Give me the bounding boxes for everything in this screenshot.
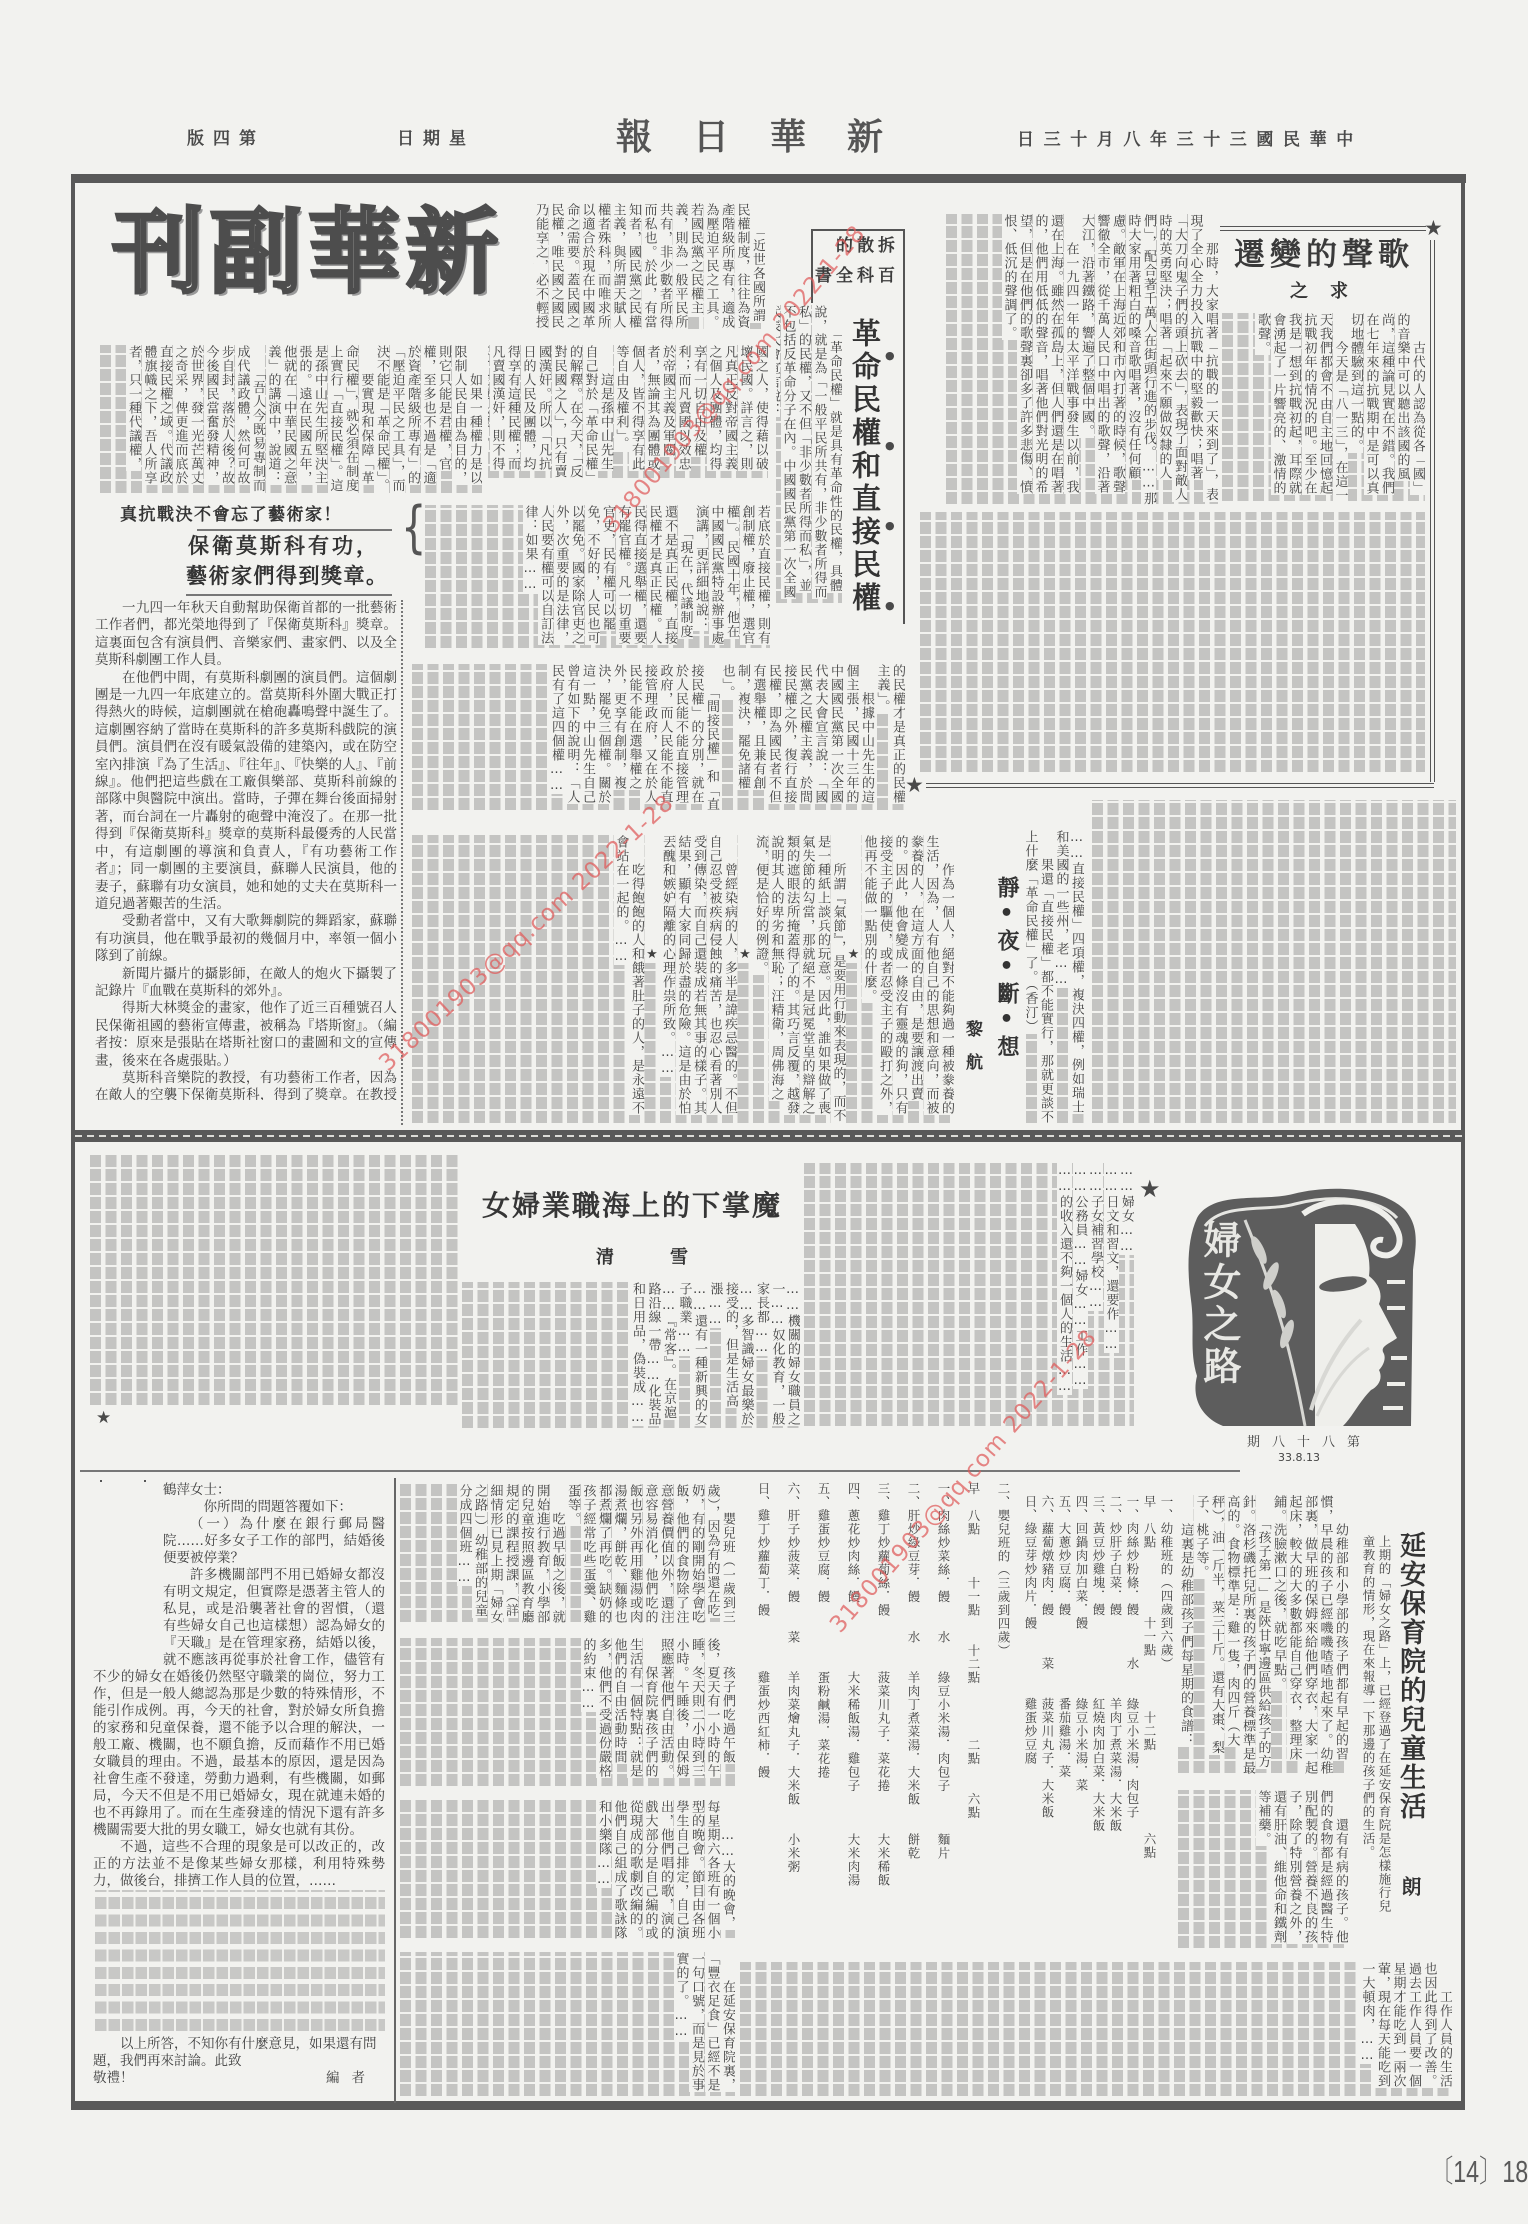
article-text-block: 的民權才是真正的民權主義」。 根據中山先生的這個主張，民國十三年的中國國民黨第一… <box>412 664 905 812</box>
menu-row: 一、肉絲炒菜絲．饅 水 綠豆小米湯．肉包子 麵片 <box>928 1482 958 1952</box>
menu-time-header: 早 八點 十一點 十二點 二點 六點 <box>958 1482 988 1952</box>
section-divider <box>80 1470 1240 1472</box>
issue-date: 中華民國三十三年八月十三日 <box>1017 132 1363 149</box>
paragraph: 受勳者當中，又有大歌舞劇院的舞蹈家，蘇聯有功演員，他在戰爭最初的幾個月中，率領一… <box>95 913 397 965</box>
menu-time-header: 早 八點 十一點 十二點 六點 <box>1141 1495 1158 1950</box>
weekday-label: 星期日 <box>397 131 475 148</box>
menu-title: 一、幼稚班的（四歲到六歲） <box>1158 1495 1175 1950</box>
article-text: 嬰兒班（一歲到三歲），因為有的還在吃奶，有的剛開始學會吃飯，他們的食物除了注意營… <box>457 1484 736 1624</box>
article-text: 幼稚部和小學部的孩子們都有早起的習慣，早晨的孩子已經嘰嘰喳喳地起來了。幼稚部裏，… <box>1178 1495 1348 1775</box>
yanan-nursery-byline: 朗 <box>1398 1876 1422 1902</box>
article-text: ……直接民權」四項權，複決四權，例如瑞士和美國的一些州，老…… 果還「直接民權」… <box>1026 830 1084 1124</box>
moscow-kicker: 真抗戰決不會忘了藝術家！ <box>120 507 342 524</box>
article-text: 古代的人認為從各「國」的音樂中可以聽出該國的風尚，這種論見實在不錯。我們在七年來… <box>1255 313 1425 503</box>
article-text: 「革命民權」就是具有革命性的民權，具體說，就是為「一般平民所共有，非少數者所得而… <box>776 305 842 599</box>
archive-page-number: 〔14〕182 <box>1430 2146 1528 2191</box>
article-text-block-illegible <box>90 1155 460 1407</box>
yanan-nursery-headline: 延安保育院的兒童生活 <box>1395 1531 1425 1831</box>
article-text-block: 那時，大家唱著「抗戰的一天來到了」，表現了全心全力投入抗戰中的堅毅歡快；唱著「大… <box>946 214 1218 506</box>
bullet-icon: ● <box>885 440 895 451</box>
yanan-intro: 上期的「婦女之路」上，已經登過了在延安保育院是怎樣施行兒童教育的情形，現在來報導… <box>1352 1535 1392 1915</box>
headline-underline <box>197 529 392 531</box>
article-text-block-illegible <box>1092 800 1456 1125</box>
article-text-block: 國之人，使得藉以破壞民國。詳言之，則凡真正反對帝國主義之個人及團體，均得享有一切… <box>488 345 768 480</box>
menu-row: 一、肉絲炒粉條．饅 水 綠豆小米湯．肉包子 <box>1124 1495 1141 1950</box>
divider-ornament <box>75 1135 1463 1137</box>
menu-infant-table: 二、嬰兒班的（三歲到四歲） 早 八點 十一點 十二點 二點 六點 一、肉絲炒菜絲… <box>740 1482 1018 1952</box>
article-text-block: 「革命民權」就是具有革命性的民權，具體說，就是為「一般平民所共有，非少數者所得而… <box>776 305 842 605</box>
article-text: 如果一種權力是以限制人民自由為目的，則它只能是君權，官權，至多也不過是「適於資產… <box>126 345 482 493</box>
revolution-rights-headline: 革命民權和直接民權 <box>846 318 884 618</box>
supplement-title: 新華副刊 <box>112 207 504 299</box>
womens-road-woodcut: 婦女之路 <box>1183 1180 1421 1432</box>
column-divider <box>394 1478 396 2103</box>
article-text: 工作人員的生活也因此得到了改善。過去工作人員要一個星期才能吃到一兩次葷，現在每天… <box>1360 1962 1453 2088</box>
bullet-icon: ● <box>885 600 895 611</box>
middle-section-divider <box>75 1130 1463 1142</box>
paragraph: 在他們中間，有莫斯科劇團的演員們。這個劇團是一九四一年底建立的。當莫斯科外圍大戰… <box>95 670 397 914</box>
paragraph: 新聞片攝片的攝影師，在敵人的炮火下攝製了記錄片『血戰在莫斯科的郊外』。 <box>95 966 397 1001</box>
article-text: 在延安保育院裏，「豐衣足食」已經不是一句口號，而是見於事實的了。…… <box>674 1952 736 2092</box>
article-text-block: ……大的晚會，每星期六各班有一個小型的晚會。節目由各班學生自己排定，自己演出，他… <box>400 1800 735 1940</box>
brace-ornament-icon: { <box>401 500 426 556</box>
shanghai-women-headline: 魔掌下的上海職業婦女 <box>482 1192 782 1220</box>
bullet-icon: ● <box>885 520 895 531</box>
article-text: ……大的晚會，每星期六各班有一個小型的晚會。節目由各班學生自己排定，自己演出，他… <box>596 1800 735 1940</box>
article-text: 還有有病的孩子。他們的食物都是經過醫生特別配製的。營養不良的孩子，除了特別營養之… <box>1256 1790 1349 1944</box>
woodcut-title: 婦女之路 <box>1197 1220 1241 1388</box>
article-text-block-ending: ……直接民權」四項權，複決四權，例如瑞士和美國的一些州，老…… 果還「直接民權」… <box>1026 830 1084 1125</box>
menu-row: 六、肝子炒菠菜．饅 菜 羊肉菜燴丸子．大米飯 小米粥 <box>778 1482 808 1952</box>
article-text-block: 幼稚部和小學部的孩子們都有早起的習慣，早晨的孩子已經嘰嘰喳喳地起來了。幼稚部裏，… <box>1178 1495 1348 1775</box>
article-text: 的民權才是真正的民權主義」。 根據中山先生的這個主張，民國十三年的中國國民黨第一… <box>549 664 905 812</box>
menu-kindergarten-table: 一、幼稚班的（四歲到六歲） 早 八點 十一點 十二點 六點 一、肉絲炒粉條．饅 … <box>1020 1495 1175 1950</box>
edition-label: 第四版 <box>187 131 265 148</box>
shanghai-women-byline: 雪清 <box>596 1249 744 1267</box>
mailbox-body: 鶴萍女士： 你所問的問題答覆如下： （一）為什麼在銀行郵局醫院……好多女子工作的… <box>93 1482 385 2034</box>
menu-row: 二、炒肝子白菜．饅 羊肉丁煮菜湯．大米飯 <box>1107 1495 1124 1950</box>
mailbox-regards-text: 敬禮！ <box>93 2070 134 2086</box>
menu-row: 日、綠豆芽炒肉片．饅 雞蛋炒豆腐 <box>1022 1495 1039 1950</box>
article-text-block: 工作人員的生活也因此得到了改善。過去工作人員要一個星期才能吃到一兩次葷，現在每天… <box>740 1962 1452 2098</box>
article-text: 作為一個人，絕對不能夠過一種被豢養的生活，因為，人有他自己的思想和意向，而被豢養… <box>614 835 955 1123</box>
headline-box-rule <box>903 229 905 624</box>
article-text: 若底於直接民權，則有創制權，廢止權，選官權」。民國十年，他在中國國民黨特設辦事處… <box>523 505 771 645</box>
moscow-article-body: 一九四一年秋天自動幫助保衛首都的一批藝術工作者們，都光榮地得到了『保衛莫斯科』獎… <box>95 600 397 1100</box>
menu-row: 日、雞丁炒蘿蔔丁．饅 雞蛋炒西紅柿．饅 <box>748 1482 778 1952</box>
menu-row: 四、蔥花炒肉絲．饅 大米稀飯湯．雞包子 大米肉湯 <box>838 1482 868 1952</box>
star-icon: ★ <box>1139 1177 1161 1201</box>
menu-row: 三、黃豆炒雞塊．饅 紅燒肉加白菜．大米飯 <box>1090 1495 1107 1950</box>
mailbox-label-spacer <box>93 1482 163 1668</box>
article-text-block: ……婦女…… ……日文和習文，還要作…… ……子女補習學校…… ……公務員……婦… <box>804 1163 1134 1428</box>
star-icon: ★ <box>1424 218 1443 239</box>
song-changes-headline: 歌聲的變遷 <box>1234 240 1414 271</box>
menu-row: 四、回鍋肉加白菜．饅 綠豆小米湯．菜 <box>1073 1495 1090 1950</box>
song-changes-byline: 求之 <box>1290 283 1370 301</box>
headline-underline <box>186 594 392 596</box>
article-text-block: 「近世各國所謂民權制度，往往為資產階級所專有，適成為壓迫平民之工具。若國民黨之民… <box>533 203 765 331</box>
column-issue-date: 33.8.13 <box>1278 1452 1320 1463</box>
menu-row: 五、大蔥炒豆腐．饅 番茄雞湯．菜 <box>1056 1495 1073 1950</box>
article-text-block: 如果一種權力是以限制人民自由為目的，則它只能是君權，官權，至多也不過是「適於資產… <box>100 345 482 495</box>
right-frame-rule <box>1461 174 1465 2110</box>
box-double-rule <box>1430 240 1435 782</box>
mailbox-answer: 不過，這些不合理的現象是可以改正的，改正的方法並不是像某些婦女那樣，利用特殊勢力… <box>93 1839 385 1890</box>
mailbox-signature: 編者 <box>326 2070 377 2087</box>
menu-row: 六、蘿蔔燉豬肉．饅 菜 菠菜川丸子．大米飯 <box>1039 1495 1056 1950</box>
moscow-headline-2: 藝術家們得到獎章。 <box>186 566 389 587</box>
box-double-rule <box>926 783 1434 788</box>
article-text-block: 古代的人認為從各「國」的音樂中可以聽出該國的風尚，這種論見實在不錯。我們在七年來… <box>1222 313 1425 503</box>
star-icon: ★ <box>96 1410 111 1427</box>
moscow-headline-1: 保衛莫斯科有功， <box>188 536 380 557</box>
article-text: 國之人，使得藉以破壞民國。詳言之，則凡真正反對帝國主義之個人及團體，均得享有一切… <box>488 345 768 479</box>
article-text: 那時，大家唱著「抗戰的一天來到了」，表現了全心全力投入抗戰中的堅毅歡快；唱著「大… <box>1002 214 1219 506</box>
mailbox-closing: 以上所答，不知你有什麼意見，如果還有問題，我們再來討論。此致 <box>93 2036 385 2070</box>
article-text: 孩子們吃過午飯後，夏天有一小時的午睡，冬天則二小時到三小時。午睡後，由保姆照應著… <box>581 1638 736 1778</box>
box-double-rule <box>1220 226 1426 231</box>
article-text: 「近世各國所謂民權制度，往往為資產階級所專有，適成為壓迫平民之工具。若國民黨之民… <box>533 203 765 329</box>
article-text-block: 嬰兒班（一歲到三歲），因為有的還在吃奶，有的剛開始學會吃飯，他們的食物除了注意營… <box>400 1484 735 1624</box>
newspaper-title: 新華日報 <box>616 120 924 156</box>
menu-row: 五、雞蛋炒豆腐．饅 蛋粉鹹湯．菜花捲 <box>808 1482 838 1952</box>
mailbox-closing-block: 以上所答，不知你有什麼意見，如果還有問題，我們再來討論。此致 敬禮！編者 <box>93 2036 385 2087</box>
mailbox-regards: 敬禮！編者 <box>93 2070 385 2087</box>
bullet-icon: ● <box>885 350 895 361</box>
left-frame-rule <box>71 174 75 2110</box>
article-text: ……機關的婦女職員之一……奴化教育，一般家長都…… ……多智識婦女最樂於接受的，… <box>630 1282 800 1426</box>
night-thoughts-byline: 黎航 <box>960 1020 984 1090</box>
article-text-block-illegible <box>920 512 1425 774</box>
article-text-block: 還有有病的孩子。他們的食物都是經過醫生特別配製的。營養不良的孩子，除了特別營養之… <box>1178 1790 1348 1950</box>
menu-title: 二、嬰兒班的（三歲到四歲） <box>988 1482 1018 1952</box>
paragraph: 一九四一年秋天自動幫助保衛首都的一批藝術工作者們，都光榮地得到了『保衛莫斯科』獎… <box>95 600 397 670</box>
night-thoughts-headline: 靜•夜•斷•想 <box>992 876 1020 1076</box>
top-frame-rule <box>73 174 1466 183</box>
bottom-frame-rule <box>73 2101 1463 2110</box>
article-text-block: 孩子們吃過午飯後，夏天有一小時的午睡，冬天則二小時到三小時。午睡後，由保姆照應著… <box>400 1638 735 1788</box>
article-text-block: 在延安保育院裏，「豐衣足食」已經不是一句口號，而是見於事實的了。…… <box>400 1952 735 2098</box>
paragraph: 得斯大林獎金的畫家，他作了近三百種號召人民保衛祖國的藝術宣傳畫，被稱為『塔斯窗』… <box>95 1000 397 1070</box>
article-text-block: ……機關的婦女職員之一……奴化教育，一般家長都…… ……多智識婦女最樂於接受的，… <box>462 1282 800 1430</box>
star-icon: ★ <box>905 775 924 796</box>
column-issue-number: 第八十八期 <box>1247 1436 1372 1449</box>
